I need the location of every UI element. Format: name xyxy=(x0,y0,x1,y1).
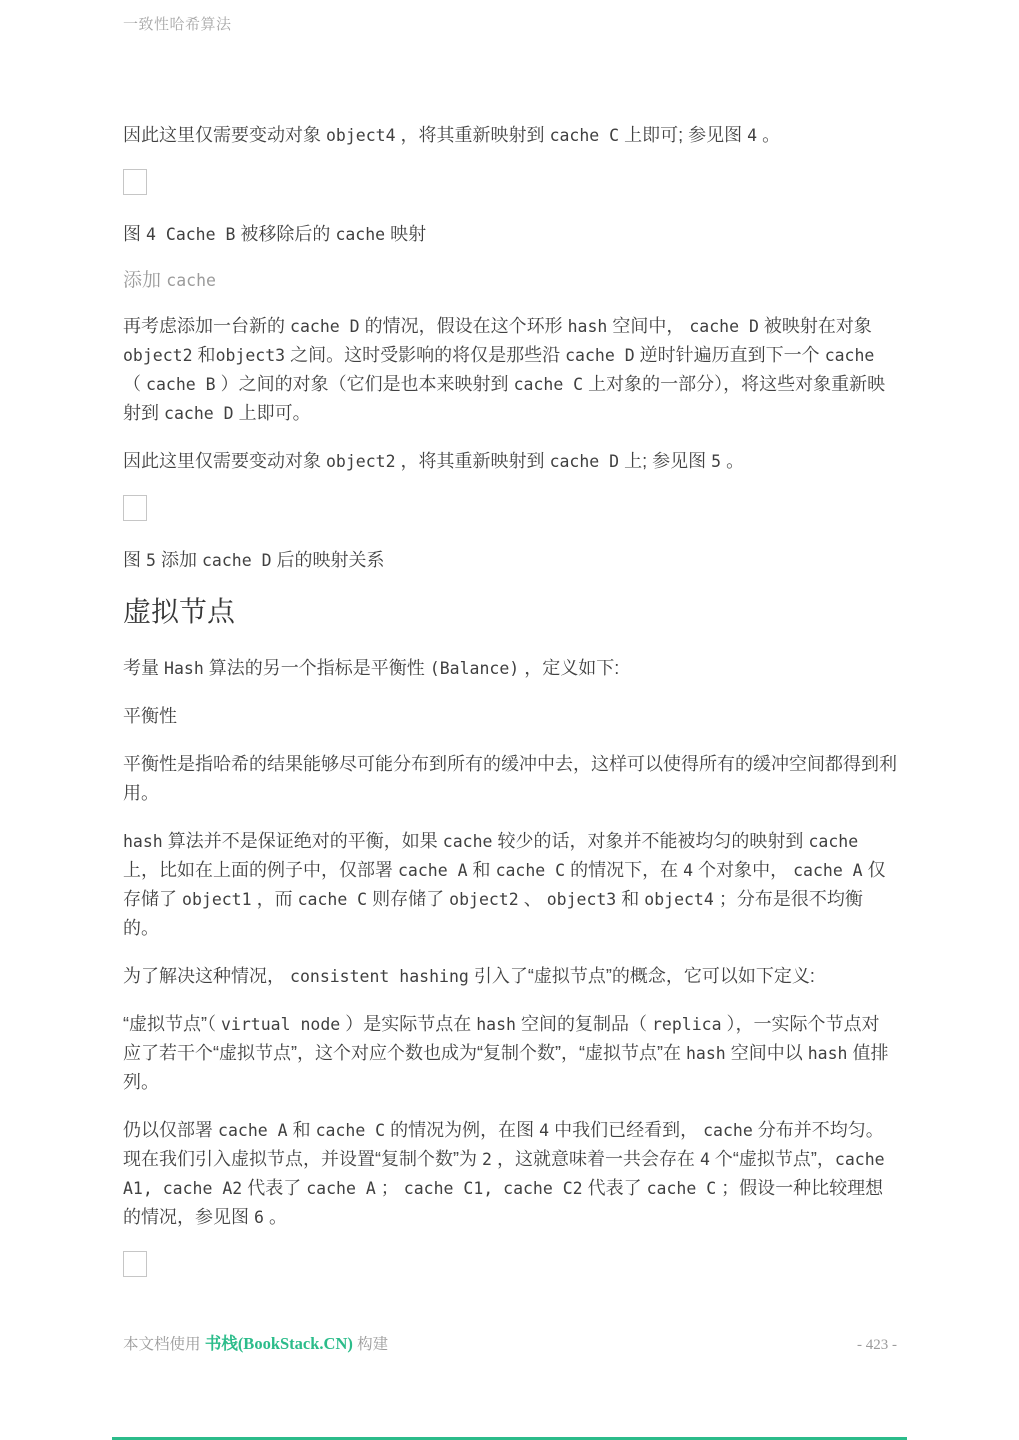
code-text: cache C1, cache C2 xyxy=(404,1179,583,1198)
paragraph: 平衡性 xyxy=(123,702,897,731)
code-text: cache A xyxy=(218,1121,288,1140)
broken-image-icon xyxy=(123,169,147,195)
text-run: 被映射在对象 xyxy=(759,316,872,336)
text-run: 个“虚拟节点”， xyxy=(710,1149,835,1169)
text-run: 之间。这时受影响的将仅是那些沿 xyxy=(285,345,565,365)
page-footer: 本文档使用 书栈(BookStack.CN) 构建 - 423 - xyxy=(123,1330,897,1440)
footer-credit-suffix: 构建 xyxy=(353,1336,388,1353)
paragraph: 考量 Hash 算法的另一个指标是平衡性 (Balance) ，定义如下: xyxy=(123,654,897,683)
code-text: Hash xyxy=(164,659,204,678)
text-run: 的情况为例，在图 xyxy=(385,1120,539,1140)
text-run: 后的映射关系 xyxy=(272,550,385,570)
code-text: 4 xyxy=(539,1121,549,1140)
paragraph: 再考虑添加一台新的 cache D 的情况，假设在这个环形 hash 空间中， … xyxy=(123,312,897,428)
text-run: （ xyxy=(123,374,146,394)
code-text: object2 xyxy=(123,346,193,365)
code-text: 4 xyxy=(700,1150,710,1169)
text-run: ，这就意味着一共会存在 xyxy=(492,1149,700,1169)
code-text: 6 xyxy=(254,1208,264,1227)
text-run: 图 xyxy=(123,224,146,244)
text-run: 中我们已经看到， xyxy=(549,1120,703,1140)
text-run: 平衡性是指哈希的结果能够尽可能分布到所有的缓冲中去，这样可以使得所有的缓冲空间都… xyxy=(123,754,897,803)
code-text: cache xyxy=(703,1121,753,1140)
text-run: 考量 xyxy=(123,658,164,678)
text-run: ；假设 xyxy=(716,1178,775,1198)
broken-image-icon xyxy=(123,495,147,521)
page-content: 因此这里仅需要变动对象 object4 ，将其重新映射到 cache C 上即可… xyxy=(123,121,897,1302)
text-run: 分布并不均 xyxy=(753,1120,848,1140)
footer-credit-prefix: 本文档使用 xyxy=(123,1336,205,1353)
text-run: 因此这里仅需要变动对象 xyxy=(123,125,326,145)
code-text: hash xyxy=(476,1015,516,1034)
text-run: 添加 xyxy=(123,270,166,291)
code-text: virtual node xyxy=(221,1015,340,1034)
text-run: ，定义如下: xyxy=(519,658,619,678)
paragraph: 平衡性是指哈希的结果能够尽可能分布到所有的缓冲中去，这样可以使得所有的缓冲空间都… xyxy=(123,750,897,808)
code-text: cache D xyxy=(565,346,635,365)
text-run: 虚拟节点 xyxy=(123,596,235,627)
text-run: 和 xyxy=(468,860,496,880)
code-text: cache xyxy=(825,346,875,365)
text-run: 代表了 xyxy=(242,1178,306,1198)
text-run: “虚拟节点”（ xyxy=(123,1014,221,1034)
sub-heading: 添加 cache xyxy=(123,268,897,294)
text-run: ）是实际节点在 xyxy=(340,1014,476,1034)
code-text: hash xyxy=(568,317,608,336)
figure-caption: 图 5 添加 cache D 后的映射关系 xyxy=(123,546,897,575)
text-run: ，将其重新映射到 xyxy=(396,125,550,145)
code-text: cache xyxy=(808,832,858,851)
code-text: cache C xyxy=(316,1121,386,1140)
text-run: 为了解决这种情况， xyxy=(123,966,290,986)
bookstack-link[interactable]: 书栈(BookStack.CN) xyxy=(205,1334,353,1353)
text-run: 再考虑添加一台新的 xyxy=(123,316,290,336)
paragraph: 为了解决这种情况， consistent hashing 引入了“虚拟节点”的概… xyxy=(123,962,897,991)
code-text: cache A xyxy=(793,861,863,880)
text-run: ；分布是很 xyxy=(714,889,809,909)
code-text: cache xyxy=(443,832,493,851)
text-run: 、 xyxy=(519,889,547,909)
code-text: cache xyxy=(166,271,216,290)
text-run: 上即可; 参见图 xyxy=(619,125,747,145)
text-run: 上对象的一部分），将这些对象重新 xyxy=(583,374,867,394)
text-run: 的情况下，在 xyxy=(565,860,683,880)
code-text: object3 xyxy=(547,890,617,909)
text-run: 空间中， xyxy=(607,316,689,336)
code-text: object1 xyxy=(182,890,252,909)
code-text: replica xyxy=(652,1015,722,1034)
code-text: cache C xyxy=(647,1179,717,1198)
text-run: 和 xyxy=(193,345,216,365)
text-run: 算法并不是保证绝对的平衡，如果 xyxy=(163,831,443,851)
section-heading: 虚拟节点 xyxy=(123,594,897,630)
code-text: 5 xyxy=(711,452,721,471)
code-text: 5 xyxy=(146,551,156,570)
text-run: 。 xyxy=(721,451,744,471)
code-text: cache D xyxy=(550,452,620,471)
code-text: hash xyxy=(808,1044,848,1063)
figure-caption: 图 4 Cache B 被移除后的 cache 映射 xyxy=(123,220,897,249)
text-run: 的情况，假设在这个环形 xyxy=(360,316,568,336)
text-run: 图 xyxy=(123,550,146,570)
code-text: object3 xyxy=(216,346,286,365)
text-run: ； xyxy=(376,1178,404,1198)
text-run: 算法的另一个指标是平衡性 xyxy=(204,658,430,678)
text-run: 上，比如在上面的例子中，仅部署 xyxy=(123,860,398,880)
text-run: 因此这里仅需要变动对象 xyxy=(123,451,326,471)
text-run: 上即可。 xyxy=(234,403,311,423)
code-text: hash xyxy=(123,832,163,851)
text-run: 则存储了 xyxy=(367,889,449,909)
text-run: 个对象中， xyxy=(693,860,793,880)
code-text: 2 xyxy=(482,1150,492,1169)
text-run: 空间中以 xyxy=(726,1043,808,1063)
text-run: 较少的话，对象并不能被均匀的映射到 xyxy=(492,831,808,851)
code-text: cache A xyxy=(306,1179,376,1198)
broken-image-placeholder xyxy=(123,169,897,195)
text-run: ）之间的对象（它们是也本来映射到 xyxy=(216,374,514,394)
text-run: 和 xyxy=(616,889,644,909)
code-text: object2 xyxy=(326,452,396,471)
code-text: cache D xyxy=(164,404,234,423)
text-run: ，而 xyxy=(252,889,298,909)
broken-image-placeholder xyxy=(123,1251,897,1277)
text-run: ，将其重新映射到 xyxy=(396,451,550,471)
text-run: 逆时针遍历直到下一个 xyxy=(635,345,825,365)
text-run: 和 xyxy=(288,1120,316,1140)
text-run: 代表了 xyxy=(583,1178,647,1198)
text-run: ），一实际个节 xyxy=(722,1014,844,1034)
code-text: object2 xyxy=(449,890,519,909)
code-text: object4 xyxy=(326,126,396,145)
broken-image-icon xyxy=(123,1251,147,1277)
code-text: cache D xyxy=(290,317,360,336)
code-text: cache A xyxy=(398,861,468,880)
text-run: 映射 xyxy=(385,224,426,244)
text-run: 。 xyxy=(757,125,780,145)
code-text: (Balance) xyxy=(430,659,519,678)
running-header-title: 一致性哈希算法 xyxy=(123,15,897,35)
code-text: hash xyxy=(686,1044,726,1063)
page-number: - 423 - xyxy=(857,1337,897,1354)
text-run: 被移除后的 xyxy=(235,224,335,244)
code-text: cache C xyxy=(298,890,368,909)
text-run: 添加 xyxy=(156,550,202,570)
code-text: cache C xyxy=(496,861,566,880)
code-text: consistent hashing xyxy=(290,967,469,986)
text-run: 平衡性 xyxy=(123,706,177,726)
text-run: 上; 参见图 xyxy=(619,451,711,471)
broken-image-placeholder xyxy=(123,495,897,521)
paragraph: 因此这里仅需要变动对象 object2 ，将其重新映射到 cache D 上; … xyxy=(123,447,897,476)
document-page: 一致性哈希算法 因此这里仅需要变动对象 object4 ，将其重新映射到 cac… xyxy=(0,0,1019,1440)
paragraph: hash 算法并不是保证绝对的平衡，如果 cache 较少的话，对象并不能被均匀… xyxy=(123,827,897,943)
paragraph: 仍以仅部署 cache A 和 cache C 的情况为例，在图 4 中我们已经… xyxy=(123,1116,897,1232)
text-run: 引入了“虚拟节点”的概念，它可以如下定义: xyxy=(469,966,815,986)
code-text: cache D xyxy=(202,551,272,570)
paragraph: 因此这里仅需要变动对象 object4 ，将其重新映射到 cache C 上即可… xyxy=(123,121,897,150)
code-text: 4 xyxy=(683,861,693,880)
code-text: cache xyxy=(335,225,385,244)
code-text: object4 xyxy=(644,890,714,909)
text-run: 仍以仅部署 xyxy=(123,1120,218,1140)
code-text: 4 Cache B xyxy=(146,225,235,244)
code-text: cache D xyxy=(689,317,759,336)
code-text: cache C xyxy=(514,375,584,394)
code-text: cache B xyxy=(146,375,216,394)
text-run: 。 xyxy=(264,1207,287,1227)
text-run: 空间的复制品（ xyxy=(516,1014,652,1034)
code-text: cache C xyxy=(550,126,620,145)
footer-credit: 本文档使用 书栈(BookStack.CN) 构建 xyxy=(123,1330,388,1354)
code-text: 4 xyxy=(747,126,757,145)
paragraph: “虚拟节点”（ virtual node ）是实际节点在 hash 空间的复制品… xyxy=(123,1010,897,1097)
